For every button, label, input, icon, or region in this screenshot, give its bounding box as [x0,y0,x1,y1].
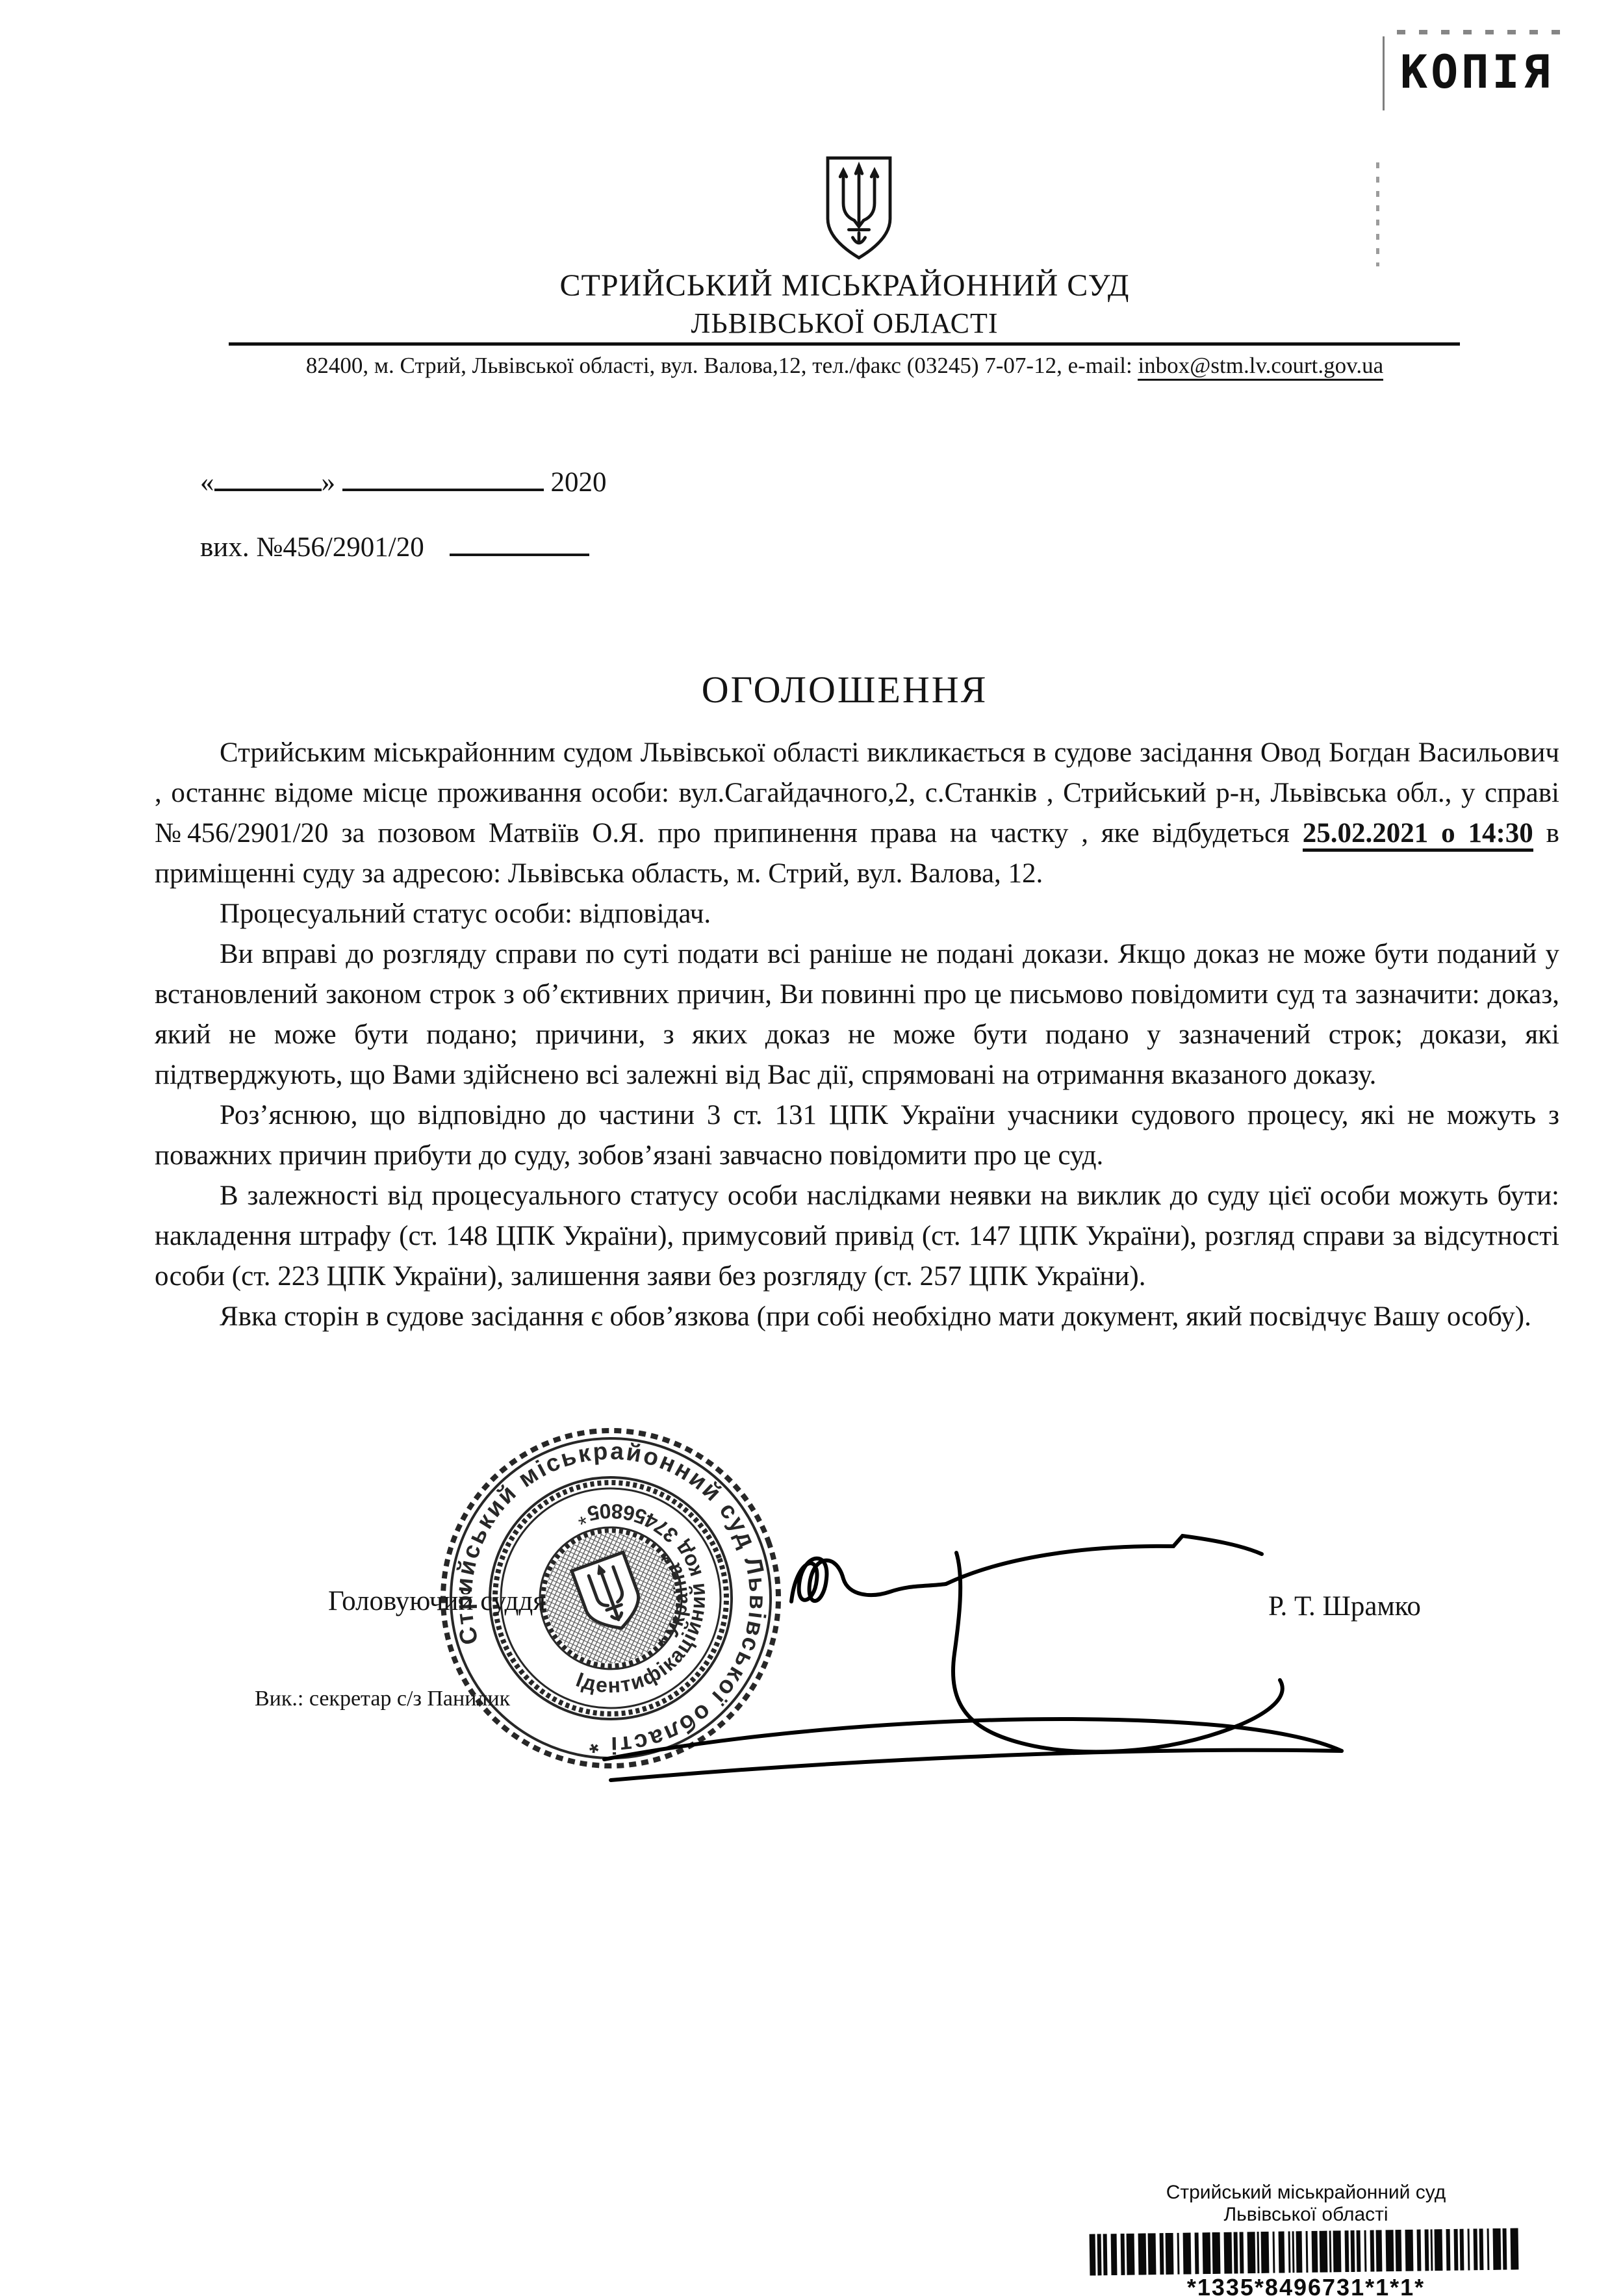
date-blank-line: «» 2020 [200,463,607,498]
paragraph-summons: Стрийським міськрайонним судом Львівсько… [155,733,1559,894]
footer-court-region: Львівської області [1017,2204,1595,2226]
footer-block: Стрийський міськрайонний суд Львівської … [1017,2182,1595,2296]
hearing-datetime: 25.02.2021 о 14:30 [1303,818,1533,852]
ukraine-trident-emblem-icon [820,155,898,261]
court-name-line2: ЛЬВІВСЬКОЇ ОБЛАСТІ [195,307,1494,340]
scanned-court-document-page: КОПІЯ СТРИЙСЬКИЙ МІСЬКРАЙОННИЙ СУД ЛЬВІВ… [0,0,1623,2296]
outgoing-number: вих. №456/2901/20 [200,532,424,563]
close-quote: » [322,467,336,498]
header-divider [229,342,1460,346]
day-blank-underline [214,463,322,491]
judge-signature [585,1481,1397,1806]
copy-stamp: КОПІЯ [1383,36,1557,110]
document-title: ОГОЛОШЕННЯ [195,668,1494,711]
paragraph-attendance: Явка сторін в судове засідання є обов’яз… [155,1297,1559,1337]
scan-noise-left [1376,162,1379,266]
month-blank-underline [342,463,544,491]
document-body: Стрийським міськрайонним судом Львівсько… [155,733,1559,1337]
court-address-line: 82400, м. Стрий, Львівської області, вул… [162,353,1527,379]
year-text: 2020 [551,467,607,498]
paragraph-article-131: Роз’яснюю, що відповідно до частини 3 ст… [155,1095,1559,1176]
barcode [1053,2228,1560,2277]
scan-noise-top [1397,30,1572,34]
address-text: 82400, м. Стрий, Львівської області, вул… [306,353,1138,378]
ref-blank-underline [450,528,589,556]
court-email: inbox@stm.lv.court.gov.ua [1138,353,1383,381]
paragraph-consequences: В залежності від процесуального статусу … [155,1176,1559,1297]
court-name-line1: СТРИЙСЬКИЙ МІСЬКРАЙОННИЙ СУД [195,268,1494,303]
paragraph-status: Процесуальний статус особи: відповідач. [155,894,1559,934]
open-quote: « [200,467,214,498]
footer-court-name: Стрийський міськрайонний суд [1017,2182,1595,2204]
outgoing-number-line: вих. №456/2901/20 [200,528,589,563]
barcode-text: *1335*8496731*1*1* [1017,2274,1595,2296]
paragraph-evidence: Ви вправі до розгляду справи по суті под… [155,934,1559,1095]
